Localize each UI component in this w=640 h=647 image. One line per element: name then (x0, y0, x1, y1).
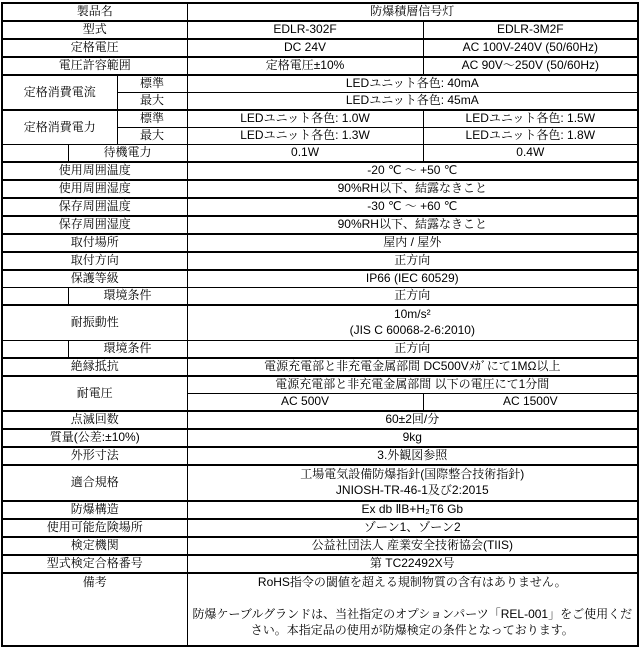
label-rated-voltage: 定格電圧 (2, 39, 187, 57)
row-storage-temp: 保存周囲温度 -30 ℃ ～ +60 ℃ (2, 198, 638, 216)
row-flash-rate: 点滅回数 60±2回/分 (2, 411, 638, 429)
row-model: 型式 EDLR-302F EDLR-3M2F (2, 21, 638, 39)
row-operating-temp: 使用周囲温度 -20 ℃ ～ +50 ℃ (2, 162, 638, 180)
value-model-1: EDLR-302F (187, 21, 423, 39)
label-operating-humidity: 使用周囲湿度 (2, 180, 187, 198)
remarks-line-2: 防爆ケーブルグランドは、当社指定のオプションパーツ「REL-001」をご使用くだ… (190, 607, 636, 639)
label-certification-number: 型式検定合格番号 (2, 555, 187, 573)
label-rated-current-max: 最大 (117, 93, 187, 111)
value-withstand-voltage-condition: 電源充電部と非充電金属部間 以下の電圧にて1分間 (187, 376, 638, 394)
value-rated-current-std: LEDユニット各色: 40mA (187, 75, 638, 93)
indent-cell (2, 288, 68, 306)
label-mounting-location: 取付場所 (2, 234, 187, 252)
value-vibration: 10m/s² (JIS C 60068-2-6:2010) (187, 305, 638, 341)
row-mass: 質量(公差:±10%) 9kg (2, 429, 638, 447)
value-mounting-direction: 正方向 (187, 252, 638, 270)
row-certification-number: 型式検定合格番号 第 TC22492X号 (2, 555, 638, 573)
label-mounting-direction: 取付方向 (2, 252, 187, 270)
row-operating-humidity: 使用周囲湿度 90%RH以下、結露なきこと (2, 180, 638, 198)
value-explosion-proof-structure: Ex db ⅡB+H₂T6 Gb (187, 501, 638, 519)
row-insulation: 絶縁抵抗 電源充電部と非充電金属部間 DC500Vﾒｶﾞにて1MΩ以上 (2, 358, 638, 376)
row-rated-current-std: 定格消費電流 標準 LEDユニット各色: 40mA (2, 75, 638, 93)
value-protection-rating: IP66 (IEC 60529) (187, 270, 638, 288)
row-mounting-location: 取付場所 屋内 / 屋外 (2, 234, 638, 252)
row-protection-rating: 保護等級 IP66 (IEC 60529) (2, 270, 638, 288)
row-standby-power: 待機電力 0.1W 0.4W (2, 145, 638, 163)
label-hazardous-zones: 使用可能危険場所 (2, 519, 187, 537)
indent-cell (2, 341, 68, 359)
row-storage-humidity: 保存周囲湿度 90%RH以下、結露なきこと (2, 216, 638, 234)
value-rated-power-std-1: LEDユニット各色: 1.0W (187, 110, 423, 128)
row-remarks: 備考 RoHS指令の閾値を超える規制物質の含有はありません。 防爆ケーブルグラン… (2, 573, 638, 646)
value-storage-temp: -30 ℃ ～ +60 ℃ (187, 198, 638, 216)
label-storage-temp: 保存周囲温度 (2, 198, 187, 216)
row-mounting-direction: 取付方向 正方向 (2, 252, 638, 270)
row-standards: 適合規格 工場電気設備防爆指針(国際整合技術指針) JNIOSH-TR-46-1… (2, 465, 638, 501)
value-certification-body: 公益社団法人 産業安全技術協会(TIIS) (187, 537, 638, 555)
label-remarks: 備考 (2, 573, 187, 646)
row-hazardous-zones: 使用可能危険場所 ゾーン1、ゾーン2 (2, 519, 638, 537)
value-insulation: 電源充電部と非充電金属部間 DC500Vﾒｶﾞにて1MΩ以上 (187, 358, 638, 376)
row-rated-power-std: 定格消費電力 標準 LEDユニット各色: 1.0W LEDユニット各色: 1.5… (2, 110, 638, 128)
row-dimensions: 外形寸法 3.外観図参照 (2, 447, 638, 465)
label-rated-power-std: 標準 (117, 110, 187, 128)
row-protection-env: 環境条件 正方向 (2, 288, 638, 306)
value-remarks: RoHS指令の閾値を超える規制物質の含有はありません。 防爆ケーブルグランドは、… (187, 573, 638, 646)
value-vibration-env: 正方向 (187, 341, 638, 359)
value-hazardous-zones: ゾーン1、ゾーン2 (187, 519, 638, 537)
label-voltage-range: 電圧許容範囲 (2, 57, 187, 75)
row-vibration-env: 環境条件 正方向 (2, 341, 638, 359)
value-dimensions: 3.外観図参照 (187, 447, 638, 465)
value-protection-env: 正方向 (187, 288, 638, 306)
label-storage-humidity: 保存周囲湿度 (2, 216, 187, 234)
remarks-line-1: RoHS指令の閾値を超える規制物質の含有はありません。 (190, 575, 636, 591)
value-rated-voltage-2: AC 100V-240V (50/60Hz) (423, 39, 638, 57)
value-rated-power-max-2: LEDユニット各色: 1.8W (423, 128, 638, 145)
value-product-name: 防爆積層信号灯 (187, 3, 638, 21)
remarks-spacer (190, 591, 636, 607)
row-voltage-range: 電圧許容範囲 定格電圧±10% AC 90V～250V (50/60Hz) (2, 57, 638, 75)
label-rated-power-max: 最大 (117, 128, 187, 145)
value-mass: 9kg (187, 429, 638, 447)
value-standards: 工場電気設備防爆指針(国際整合技術指針) JNIOSH-TR-46-1及び2:2… (187, 465, 638, 501)
value-rated-voltage-1: DC 24V (187, 39, 423, 57)
label-protection-env: 環境条件 (68, 288, 187, 306)
row-vibration: 耐振動性 10m/s² (JIS C 60068-2-6:2010) (2, 305, 638, 341)
value-certification-number: 第 TC22492X号 (187, 555, 638, 573)
row-certification-body: 検定機関 公益社団法人 産業安全技術協会(TIIS) (2, 537, 638, 555)
value-rated-power-max-1: LEDユニット各色: 1.3W (187, 128, 423, 145)
label-vibration: 耐振動性 (2, 305, 187, 341)
value-operating-humidity: 90%RH以下、結露なきこと (187, 180, 638, 198)
label-mass: 質量(公差:±10%) (2, 429, 187, 447)
spec-table: 製品名 防爆積層信号灯 型式 EDLR-302F EDLR-3M2F 定格電圧 … (1, 2, 639, 647)
label-standby-power: 待機電力 (68, 145, 187, 163)
value-rated-power-std-2: LEDユニット各色: 1.5W (423, 110, 638, 128)
value-voltage-range-2: AC 90V～250V (50/60Hz) (423, 57, 638, 75)
value-mounting-location: 屋内 / 屋外 (187, 234, 638, 252)
label-withstand-voltage: 耐電圧 (2, 376, 187, 411)
value-flash-rate: 60±2回/分 (187, 411, 638, 429)
row-rated-voltage: 定格電圧 DC 24V AC 100V-240V (50/60Hz) (2, 39, 638, 57)
value-rated-current-max: LEDユニット各色: 45mA (187, 93, 638, 111)
value-standby-power-1: 0.1W (187, 145, 423, 163)
value-withstand-voltage-2: AC 1500V (423, 394, 638, 412)
value-standby-power-2: 0.4W (423, 145, 638, 163)
value-model-2: EDLR-3M2F (423, 21, 638, 39)
label-vibration-env: 環境条件 (68, 341, 187, 359)
label-protection-rating: 保護等級 (2, 270, 187, 288)
label-dimensions: 外形寸法 (2, 447, 187, 465)
label-certification-body: 検定機関 (2, 537, 187, 555)
label-rated-power: 定格消費電力 (2, 110, 117, 145)
value-storage-humidity: 90%RH以下、結露なきこと (187, 216, 638, 234)
label-rated-current: 定格消費電流 (2, 75, 117, 110)
label-flash-rate: 点滅回数 (2, 411, 187, 429)
label-standards: 適合規格 (2, 465, 187, 501)
value-voltage-range-1: 定格電圧±10% (187, 57, 423, 75)
value-withstand-voltage-1: AC 500V (187, 394, 423, 412)
row-explosion-proof-structure: 防爆構造 Ex db ⅡB+H₂T6 Gb (2, 501, 638, 519)
label-explosion-proof-structure: 防爆構造 (2, 501, 187, 519)
label-insulation: 絶縁抵抗 (2, 358, 187, 376)
label-operating-temp: 使用周囲温度 (2, 162, 187, 180)
label-model: 型式 (2, 21, 187, 39)
row-withstand-voltage-condition: 耐電圧 電源充電部と非充電金属部間 以下の電圧にて1分間 (2, 376, 638, 394)
value-operating-temp: -20 ℃ ～ +50 ℃ (187, 162, 638, 180)
row-product-name: 製品名 防爆積層信号灯 (2, 3, 638, 21)
label-product-name: 製品名 (2, 3, 187, 21)
indent-cell (2, 145, 68, 163)
label-rated-current-std: 標準 (117, 75, 187, 93)
